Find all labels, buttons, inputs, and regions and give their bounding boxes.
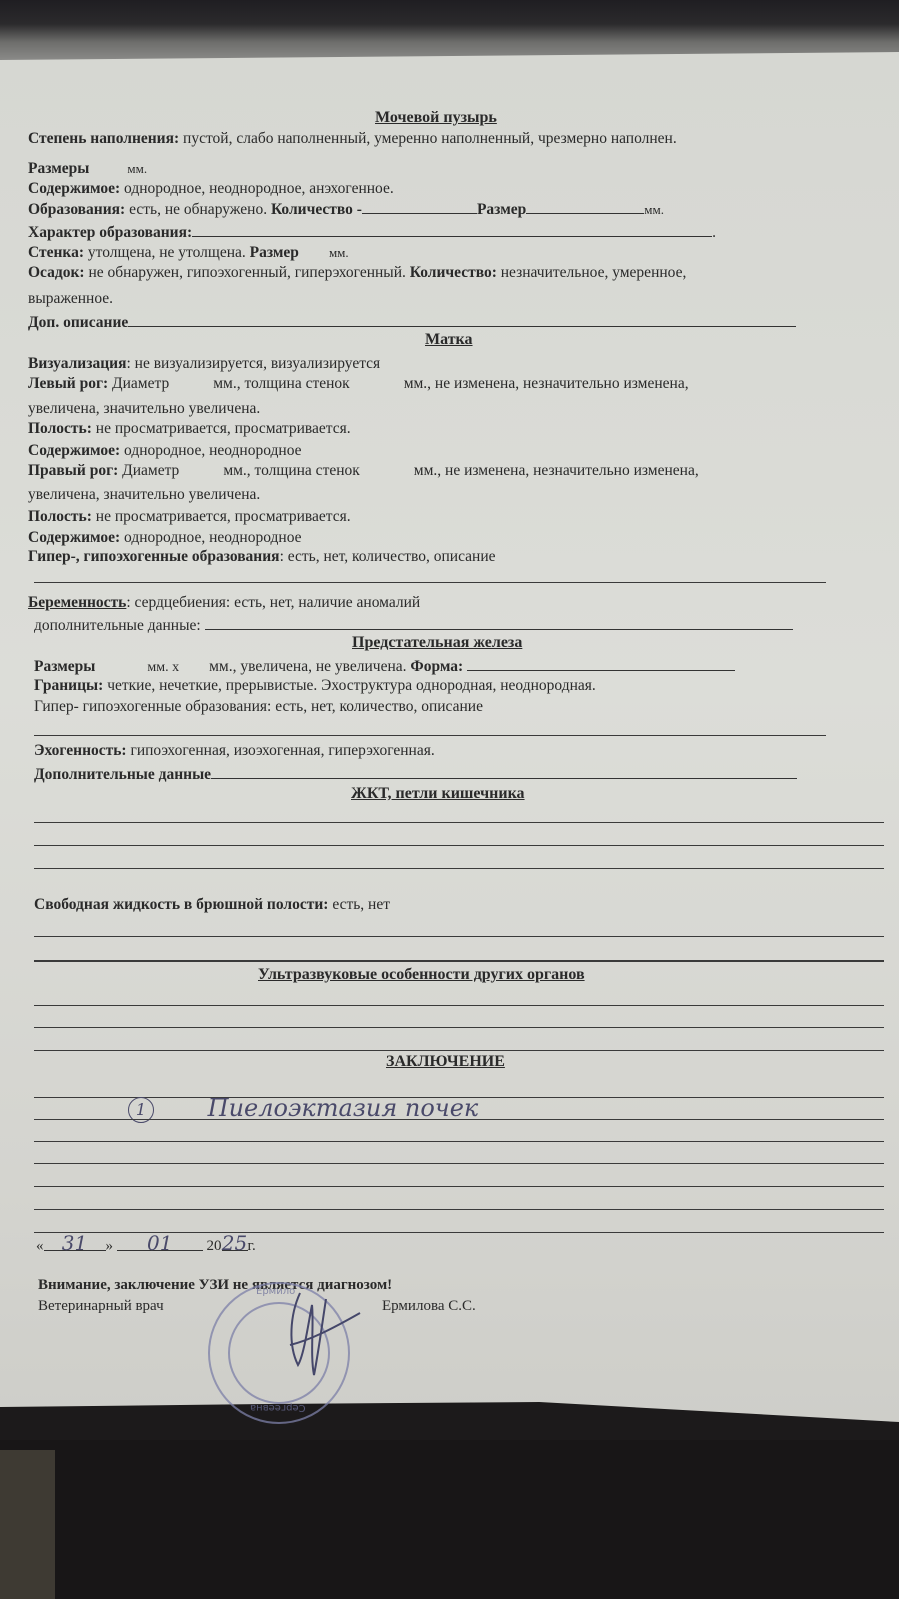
bladder-formsize-field[interactable] xyxy=(526,199,644,214)
bladder-fill-label: Степень наполнения: xyxy=(28,130,179,147)
bladder-wall-size-label: Размер xyxy=(250,244,299,261)
bladder-character-row: Характер образования:. xyxy=(28,222,716,242)
bladder-wall-row: Стенка: утолщена, не утолщена. Размермм. xyxy=(28,244,349,262)
bladder-sediment-cont: выраженное. xyxy=(28,290,113,308)
bladder-size-unit: мм. xyxy=(127,161,147,176)
date-year-suffix[interactable]: 25 xyxy=(222,1236,248,1251)
bladder-character-label: Характер образования: xyxy=(28,224,192,241)
uterus-right-wall: мм., толщина стенок xyxy=(223,462,359,479)
prostate-echogenicity-options: гипоэхогенная, изоэхогенная, гиперэхоген… xyxy=(127,742,435,759)
bladder-formsize-unit: мм. xyxy=(644,202,664,217)
bladder-formsize-label: Размер xyxy=(477,201,526,218)
bladder-formations-row: Образования: есть, не обнаружено. Количе… xyxy=(28,199,664,219)
uterus-right-horn-label: Правый рог: xyxy=(28,462,118,479)
date-year-prefix: 20 xyxy=(207,1238,222,1254)
background-bottom xyxy=(0,1440,899,1599)
bladder-fill-row: Степень наполнения: пустой, слабо наполн… xyxy=(28,130,677,148)
other-organs-line-2[interactable] xyxy=(34,1027,884,1028)
bladder-character-field[interactable] xyxy=(192,222,712,237)
section-title-conclusion: ЗАКЛЮЧЕНИЕ xyxy=(386,1053,505,1071)
uterus-content2-label: Содержимое: xyxy=(28,529,120,546)
uterus-left-state: мм., не изменена, незначительно изменена… xyxy=(404,375,689,392)
bladder-count-label: Количество - xyxy=(271,201,362,218)
conclusion-line-5[interactable] xyxy=(34,1186,884,1187)
prostate-shape-label: Форма: xyxy=(410,658,463,675)
uterus-left-wall: мм., толщина стенок xyxy=(213,375,349,392)
bladder-count-field[interactable] xyxy=(362,199,477,214)
prostate-size-x: мм. х xyxy=(147,660,179,675)
conclusion-line-6[interactable] xyxy=(34,1209,884,1210)
uterus-cavity1-row: Полость: не просматривается, просматрива… xyxy=(28,420,351,438)
other-organs-line-1[interactable] xyxy=(34,1005,884,1006)
uterus-echo-row: Гипер-, гипоэхогенные образования: есть,… xyxy=(28,548,496,566)
stamp-bottom-text: Сергеевна xyxy=(250,1402,306,1413)
signature-icon xyxy=(260,1285,370,1395)
other-organs-line-3[interactable] xyxy=(34,1050,884,1051)
uterus-content1-options: однородное, неоднородное xyxy=(120,442,301,459)
bladder-extra-row: Доп. описание xyxy=(28,312,796,332)
free-fluid-options: есть, нет xyxy=(328,896,390,913)
background-bottom-left xyxy=(0,1450,55,1599)
bladder-sediment-count-label: Количество: xyxy=(410,264,497,281)
free-fluid-row: Свободная жидкость в брюшной полости: ес… xyxy=(34,896,390,914)
uterus-echo-label: Гипер-, гипоэхогенные образования xyxy=(28,548,280,565)
prostate-size-state: мм., увеличена, не увеличена. xyxy=(209,658,410,675)
uterus-pregnancy-extra-field[interactable] xyxy=(205,615,793,630)
prostate-extra-row: Дополнительные данные xyxy=(34,764,797,784)
uterus-pregnancy-row: Беременность: сердцебиения: есть, нет, н… xyxy=(28,594,420,612)
conclusion-line-3[interactable] xyxy=(34,1141,884,1142)
prostate-echo-text: Гипер- гипоэхогенные образования: есть, … xyxy=(34,698,483,716)
free-fluid-label: Свободная жидкость в брюшной полости: xyxy=(34,896,328,913)
date-month[interactable]: 01 xyxy=(117,1236,203,1251)
date-close-quote: » xyxy=(106,1238,114,1254)
uterus-cavity2-row: Полость: не просматривается, просматрива… xyxy=(28,508,351,526)
bladder-wall-size-unit: мм. xyxy=(329,245,349,260)
prostate-borders-options: четкие, нечеткие, прерывистые. Эхострукт… xyxy=(103,677,595,694)
uterus-content2-row: Содержимое: однородное, неоднородное xyxy=(28,529,302,547)
prostate-borders-row: Границы: четкие, нечеткие, прерывистые. … xyxy=(34,677,596,695)
uterus-cavity2-label: Полость: xyxy=(28,508,92,525)
gi-line-2[interactable] xyxy=(34,845,884,846)
uterus-right-state-cont: увеличена, значительно увеличена. xyxy=(28,486,260,504)
section-title-gi: ЖКТ, петли кишечника xyxy=(351,785,525,803)
uterus-cavity1-label: Полость: xyxy=(28,420,92,437)
uterus-pregnancy-options: : сердцебиения: есть, нет, наличие анома… xyxy=(126,594,420,611)
bladder-wall-label: Стенка: xyxy=(28,244,84,261)
uterus-right-horn-row: Правый рог: Диаметрмм., толщина стенокмм… xyxy=(28,462,699,480)
bladder-extra-field[interactable] xyxy=(128,312,796,327)
conclusion-line-4[interactable] xyxy=(34,1163,884,1164)
bladder-sediment-options: не обнаружен, гипоэхогенный, гиперэхоген… xyxy=(85,264,410,281)
prostate-echogenicity-row: Эхогенность: гипоэхогенная, изоэхогенная… xyxy=(34,742,435,760)
section-title-uterus: Матка xyxy=(425,331,473,349)
uterus-echo-options: : есть, нет, количество, описание xyxy=(280,548,496,565)
uterus-left-horn-label: Левый рог: xyxy=(28,375,108,392)
uterus-right-diam: Диаметр xyxy=(118,462,179,479)
uterus-content2-options: однородное, неоднородное xyxy=(120,529,301,546)
prostate-echogenicity-label: Эхогенность: xyxy=(34,742,127,759)
uterus-left-diam: Диаметр xyxy=(108,375,169,392)
uterus-visual-options: : не визуализируется, визуализируется xyxy=(126,355,380,372)
uterus-visual-row: Визуализация: не визуализируется, визуал… xyxy=(28,355,380,373)
bladder-content-label: Содержимое: xyxy=(28,180,120,197)
prostate-extra-field[interactable] xyxy=(211,764,797,779)
bladder-sediment-row: Осадок: не обнаружен, гипоэхогенный, гип… xyxy=(28,264,686,282)
bladder-content-options: однородное, неоднородное, анэхогенное. xyxy=(120,180,394,197)
prostate-borders-label: Границы: xyxy=(34,677,103,694)
conclusion-handwritten-text: Пиелоэктазия почек xyxy=(208,1094,479,1122)
prostate-size-row: Размерымм. хмм., увеличена, не увеличена… xyxy=(34,656,735,677)
uterus-content1-label: Содержимое: xyxy=(28,442,120,459)
section-title-prostate: Предстательная железа xyxy=(352,634,522,652)
uterus-visual-label: Визуализация xyxy=(28,355,126,372)
free-fluid-line-1[interactable] xyxy=(34,936,884,937)
free-fluid-line-2[interactable] xyxy=(34,960,884,962)
date-open-quote: « xyxy=(36,1238,44,1254)
prostate-size-label: Размеры xyxy=(34,658,95,675)
date-day[interactable]: 31 xyxy=(44,1236,106,1251)
uterus-pregnancy-extra-label: дополнительные данные: xyxy=(34,617,201,634)
uterus-echo-field[interactable] xyxy=(34,582,826,583)
bladder-formations-label: Образования: xyxy=(28,201,125,218)
uterus-cavity1-options: не просматривается, просматривается. xyxy=(92,420,351,437)
bladder-fill-options: пустой, слабо наполненный, умеренно напо… xyxy=(179,130,677,147)
footer-role: Ветеринарный врач xyxy=(38,1297,164,1315)
prostate-echo-field[interactable] xyxy=(34,735,826,736)
uterus-content1-row: Содержимое: однородное, неоднородное xyxy=(28,442,302,460)
background-top xyxy=(0,0,899,60)
bladder-wall-options: утолщена, не утолщена. xyxy=(84,244,250,261)
prostate-extra-label: Дополнительные данные xyxy=(34,766,211,783)
uterus-cavity2-options: не просматривается, просматривается. xyxy=(92,508,351,525)
uterus-left-state-cont: увеличена, значительно увеличена. xyxy=(28,400,260,418)
uterus-right-state: мм., не изменена, незначительно изменена… xyxy=(414,462,699,479)
uterus-pregnancy-label: Беременность xyxy=(28,594,126,611)
bladder-size-label: Размеры xyxy=(28,160,89,177)
uterus-pregnancy-extra-row: дополнительные данные: xyxy=(34,615,793,635)
bladder-extra-label: Доп. описание xyxy=(28,314,128,331)
bladder-content-row: Содержимое: однородное, неоднородное, ан… xyxy=(28,180,394,198)
bladder-sediment-count-options: незначительное, умеренное, xyxy=(497,264,686,281)
section-title-bladder: Мочевой пузырь xyxy=(375,109,497,127)
footer-doctor-name: Ермилова С.С. xyxy=(382,1297,476,1315)
bladder-sediment-label: Осадок: xyxy=(28,264,85,281)
conclusion-line-2[interactable] xyxy=(34,1119,884,1120)
date-row: «31» 01 2025г. xyxy=(36,1236,256,1255)
bladder-formations-options: есть, не обнаружено. xyxy=(125,201,271,218)
prostate-shape-field[interactable] xyxy=(467,656,735,671)
date-year-unit: г. xyxy=(248,1238,256,1254)
gi-line-3[interactable] xyxy=(34,868,884,869)
bladder-size-row: Размерымм. xyxy=(28,160,147,178)
section-title-other-organs: Ультразвуковые особенности других органо… xyxy=(258,966,585,984)
uterus-left-horn-row: Левый рог: Диаметрмм., толщина стенокмм.… xyxy=(28,375,689,393)
gi-line-1[interactable] xyxy=(34,822,884,823)
